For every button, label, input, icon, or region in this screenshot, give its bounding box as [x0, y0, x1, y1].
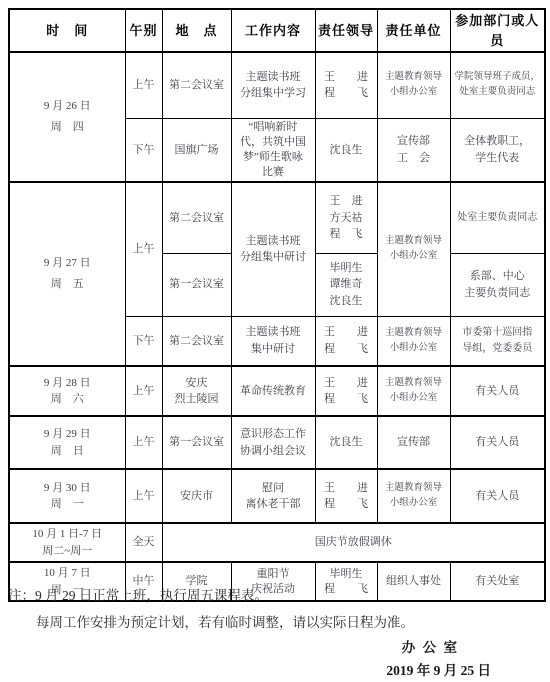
cell-participants: 全体教职工， 学生代表 — [450, 118, 545, 182]
weekday-text: 周二~周一 — [12, 543, 123, 560]
cell-unit: 主题教育领导 小组办公室 — [377, 366, 450, 416]
weekday-text: 周 一 — [12, 496, 123, 513]
cell-participants: 市委第十巡回指 导组，党委委员 — [450, 316, 545, 366]
content-text: 慰问 — [234, 480, 313, 497]
cell-unit: 主题教育领导 小组办公室 — [377, 316, 450, 366]
cell-ampm: 上午 — [125, 366, 162, 416]
cell-leader: 王 进 程 飞 — [315, 469, 377, 523]
place-text: 安庆 — [165, 375, 229, 392]
signature-date: 2019 年 9 月 25 日 — [386, 659, 491, 679]
cell-content: 主题读书班 分组集中研讨 — [231, 182, 315, 316]
cell-ampm: 上午 — [125, 416, 162, 469]
unit-text: 小组办公室 — [380, 496, 448, 511]
place-text: 第二会议室 — [165, 333, 229, 350]
cell-place: 第一会议室 — [162, 416, 231, 469]
date-text: 9 月 28 日 — [12, 375, 123, 392]
participants-text: 全体教职工， — [453, 133, 543, 150]
cell-leader: 王 进 程 飞 — [315, 316, 377, 366]
header-place: 地 点 — [162, 9, 231, 52]
date-text: 9 月 29 日 — [12, 426, 123, 443]
cell-time-0927: 9 月 27 日 周 五 — [9, 182, 125, 366]
header-leader: 责任领导 — [315, 9, 377, 52]
header-unit: 责任单位 — [377, 9, 450, 52]
participants-text: 有关人员 — [453, 488, 543, 505]
cell-participants: 有关人员 — [450, 469, 545, 523]
header-ampm: 午别 — [125, 9, 162, 52]
footnote-disclaimer: 每周工作安排为预定计划，若有临时调整，请以实际日程为准。 — [36, 611, 414, 631]
leader-name: 程 飞 — [318, 391, 375, 408]
weekday-text: 周 六 — [12, 391, 123, 408]
cell-participants: 学院领导班子成员， 处室主要负责同志 — [450, 52, 545, 118]
cell-content: 主题读书班 分组集中学习 — [231, 52, 315, 118]
weekday-text: 周 五 — [12, 274, 123, 295]
unit-text: 主题教育领导 — [380, 481, 448, 496]
date-text: 9 月 27 日 — [12, 253, 123, 274]
leader-name: 王 进 — [318, 480, 375, 497]
cell-unit: 主题教育领导 小组办公室 — [377, 182, 450, 316]
cell-place: 安庆市 — [162, 469, 231, 523]
unit-text: 主题教育领导 — [380, 70, 448, 85]
content-text: 重阳节 — [234, 567, 313, 582]
cell-content: 主题读书班 集中研讨 — [231, 316, 315, 366]
unit-text: 主题教育领导 — [380, 326, 448, 341]
table-row: 9 月 28 日 周 六 上午 安庆 烈士陵园 革命传统教育 王 进 程 飞 主… — [9, 366, 545, 416]
unit-text: 宣传部 — [380, 434, 448, 451]
place-text: 第一会议室 — [165, 276, 229, 293]
table-row: 9 月 29 日 周 日 上午 第一会议室 意识形态工作 协调小组会议 沈良生 … — [9, 416, 545, 469]
participants-text: 有关人员 — [453, 434, 543, 451]
cell-time-0926: 9 月 26 日 周 四 — [9, 52, 125, 182]
content-text: 梦”师生歌咏 — [234, 150, 313, 165]
participants-text: 有关人员 — [453, 383, 543, 400]
cell-unit: 宣传部 工 会 — [377, 118, 450, 182]
date-text: 9 月 26 日 — [12, 96, 123, 117]
leader-name: 沈良生 — [318, 293, 375, 310]
leader-name: 方天祜 — [318, 210, 375, 227]
cell-participants: 有关人员 — [450, 366, 545, 416]
participants-text: 主要负责同志 — [453, 285, 543, 302]
cell-place: 安庆 烈士陵园 — [162, 366, 231, 416]
cell-ampm: 下午 — [125, 118, 162, 182]
leader-name: 程 飞 — [318, 226, 375, 243]
cell-time-0930: 9 月 30 日 周 一 — [9, 469, 125, 523]
cell-ampm: 下午 — [125, 316, 162, 366]
cell-leader: 王 进 方天祜 程 飞 — [315, 182, 377, 253]
table-row: 9 月 26 日 周 四 上午 第二会议室 主题读书班 分组集中学习 王 进 程… — [9, 52, 545, 118]
signature-office: 办 公 室 — [402, 636, 459, 656]
content-text: “唱响新时 — [234, 120, 313, 135]
place-text: 第二会议室 — [165, 77, 229, 94]
cell-time-1001: 10 月 1 日-7 日 周二~周一 — [9, 523, 125, 562]
participants-text: 学院领导班子成员， — [453, 70, 543, 85]
cell-holiday-merged: 国庆节放假调休 — [162, 523, 545, 562]
content-text: 革命传统教育 — [234, 383, 313, 400]
content-text: 主题读书班 — [234, 233, 313, 250]
cell-unit: 主题教育领导 小组办公室 — [377, 469, 450, 523]
cell-leader: 王 进 程 飞 — [315, 366, 377, 416]
table-row: 9 月 27 日 周 五 上午 第二会议室 主题读书班 分组集中研讨 王 进 方… — [9, 182, 545, 253]
content-text: 代，共筑中国 — [234, 135, 313, 150]
header-participants: 参加部门或人员 — [450, 9, 545, 52]
cell-leader: 毕明生 程 飞 — [315, 562, 377, 601]
cell-content: 革命传统教育 — [231, 366, 315, 416]
weekday-text: 周 四 — [12, 117, 123, 138]
cell-place: 第二会议室 — [162, 182, 231, 253]
cell-time-0929: 9 月 29 日 周 日 — [9, 416, 125, 469]
cell-participants: 系部、中心 主要负责同志 — [450, 253, 545, 316]
participants-text: 市委第十巡回指 — [453, 325, 543, 341]
participants-text: 系部、中心 — [453, 268, 543, 285]
cell-unit: 组织人事处 — [377, 562, 450, 601]
weekday-text: 周 日 — [12, 443, 123, 460]
cell-place: 国旗广场 — [162, 118, 231, 182]
content-text: 集中研讨 — [234, 341, 313, 358]
cell-ampm: 全天 — [125, 523, 162, 562]
leader-name: 程 飞 — [318, 341, 375, 358]
header-content: 工作内容 — [231, 9, 315, 52]
unit-text: 小组办公室 — [380, 85, 448, 100]
leader-name: 程 飞 — [318, 496, 375, 513]
leader-name: 毕明生 — [318, 567, 375, 582]
cell-leader: 沈良生 — [315, 118, 377, 182]
cell-leader: 王 进 程 飞 — [315, 52, 377, 118]
unit-text: 组织人事处 — [380, 573, 448, 590]
cell-place: 第二会议室 — [162, 52, 231, 118]
content-text: 分组集中研讨 — [234, 249, 313, 266]
unit-text: 小组办公室 — [380, 391, 448, 406]
leader-name: 沈良生 — [318, 142, 375, 159]
place-text: 烈士陵园 — [165, 391, 229, 408]
cell-ampm: 上午 — [125, 52, 162, 118]
cell-place: 第二会议室 — [162, 316, 231, 366]
date-text: 10 月 7 日 — [12, 565, 123, 582]
date-text: 9 月 30 日 — [12, 480, 123, 497]
place-text: 第一会议室 — [165, 434, 229, 451]
cell-content: 意识形态工作 协调小组会议 — [231, 416, 315, 469]
cell-participants: 有关处室 — [450, 562, 545, 601]
unit-text: 小组办公室 — [380, 341, 448, 356]
table-row: 10 月 1 日-7 日 周二~周一 全天 国庆节放假调休 — [9, 523, 545, 562]
leader-name: 程 飞 — [318, 85, 375, 102]
content-text: 分组集中学习 — [234, 85, 313, 102]
unit-text: 主题教育领导 — [380, 234, 448, 249]
table-row: 9 月 30 日 周 一 上午 安庆市 慰问 离休老干部 王 进 程 飞 主题教… — [9, 469, 545, 523]
content-text: 协调小组会议 — [234, 443, 313, 460]
participants-text: 学生代表 — [453, 150, 543, 167]
unit-text: 小组办公室 — [380, 249, 448, 264]
schedule-table: 时 间 午别 地 点 工作内容 责任领导 责任单位 参加部门或人员 9 月 26… — [8, 8, 546, 602]
leader-name: 王 进 — [318, 324, 375, 341]
content-text: 比赛 — [234, 165, 313, 180]
cell-leader: 沈良生 — [315, 416, 377, 469]
cell-leader: 毕明生 谭维奇 沈良生 — [315, 253, 377, 316]
participants-text: 处室主要负责同志 — [453, 85, 543, 100]
place-text: 安庆市 — [165, 488, 229, 505]
leader-name: 程 飞 — [318, 582, 375, 597]
cell-participants: 有关人员 — [450, 416, 545, 469]
cell-place: 第一会议室 — [162, 253, 231, 316]
leader-name: 毕明生 — [318, 260, 375, 277]
cell-ampm: 上午 — [125, 469, 162, 523]
cell-unit: 主题教育领导 小组办公室 — [377, 52, 450, 118]
participants-text: 处室主要负责同志 — [453, 210, 543, 226]
cell-content: “唱响新时 代，共筑中国 梦”师生歌咏 比赛 — [231, 118, 315, 182]
leader-name: 沈良生 — [318, 434, 375, 451]
cell-content: 慰问 离休老干部 — [231, 469, 315, 523]
cell-unit: 宣传部 — [377, 416, 450, 469]
unit-text: 工 会 — [380, 150, 448, 167]
content-text: 主题读书班 — [234, 69, 313, 86]
unit-text: 主题教育领导 — [380, 376, 448, 391]
participants-text: 导组，党委委员 — [453, 341, 543, 357]
place-text: 第二会议室 — [165, 210, 229, 227]
date-text: 10 月 1 日-7 日 — [12, 526, 123, 543]
schedule-document: 时 间 午别 地 点 工作内容 责任领导 责任单位 参加部门或人员 9 月 26… — [0, 0, 550, 682]
header-time: 时 间 — [9, 9, 125, 52]
content-text: 意识形态工作 — [234, 426, 313, 443]
leader-name: 王 进 — [318, 193, 375, 210]
leader-name: 谭维奇 — [318, 276, 375, 293]
cell-participants: 处室主要负责同志 — [450, 182, 545, 253]
participants-text: 有关处室 — [453, 573, 543, 590]
content-text: 主题读书班 — [234, 324, 313, 341]
footnote-workday: 注：9 月 29 日正常上班，执行周五课程表。 — [8, 584, 268, 604]
content-text: 离休老干部 — [234, 496, 313, 513]
place-text: 国旗广场 — [165, 142, 229, 159]
leader-name: 王 进 — [318, 69, 375, 86]
header-row: 时 间 午别 地 点 工作内容 责任领导 责任单位 参加部门或人员 — [9, 9, 545, 52]
unit-text: 宣传部 — [380, 133, 448, 150]
cell-ampm: 上午 — [125, 182, 162, 316]
cell-time-0928: 9 月 28 日 周 六 — [9, 366, 125, 416]
leader-name: 王 进 — [318, 375, 375, 392]
